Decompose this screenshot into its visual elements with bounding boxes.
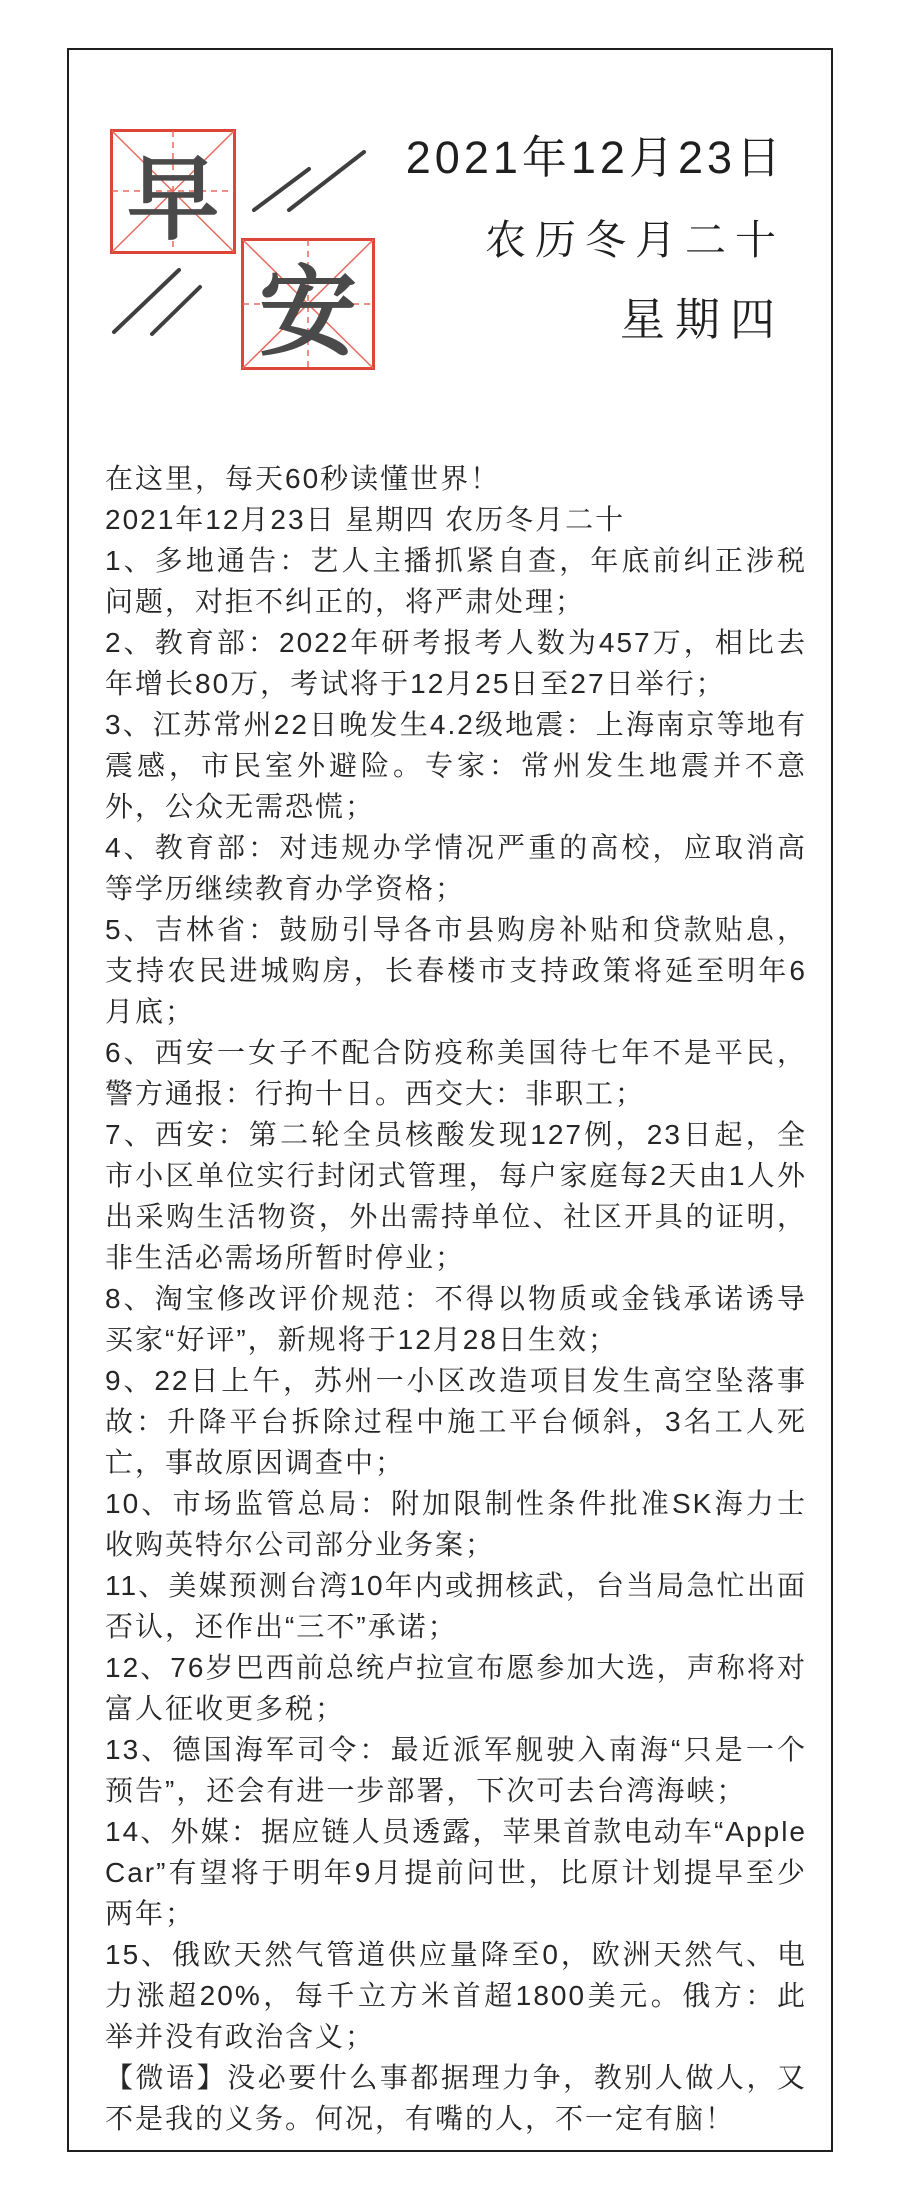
news-item: 15、俄欧天然气管道供应量降至0，欧洲天然气、电力涨超20%，每千立方米首超18… bbox=[105, 1934, 807, 2057]
news-item: 4、教育部：对违规办学情况严重的高校，应取消高等学历继续教育办学资格； bbox=[105, 827, 807, 909]
news-item: 5、吉林省：鼓励引导各市县购房补贴和贷款贴息，支持农民进城购房，长春楼市支持政策… bbox=[105, 909, 807, 1032]
news-item: 2、教育部：2022年研考报考人数为457万，相比去年增长80万，考试将于12月… bbox=[105, 622, 807, 704]
weiyu-line: 【微语】没必要什么事都据理力争，教别人做人，又不是我的义务。何况，有嘴的人，不一… bbox=[105, 2057, 807, 2139]
news-item: 11、美媒预测台湾10年内或拥核武，台当局急忙出面否认，还作出“三不”承诺； bbox=[105, 1565, 807, 1647]
news-body: 在这里，每天60秒读懂世界！ 2021年12月23日 星期四 农历冬月二十 1、… bbox=[105, 458, 807, 2139]
news-item: 14、外媒：据应链人员透露，苹果首款电动车“Apple Car”有望将于明年9月… bbox=[105, 1811, 807, 1934]
lunar-date-line: 农历冬月二十 bbox=[406, 217, 785, 263]
news-item: 12、76岁巴西前总统卢拉宣布愿参加大选，声称将对富人征收更多税； bbox=[105, 1647, 807, 1729]
news-list: 1、多地通告：艺人主播抓紧自查，年底前纠正涉税问题，对拒不纠正的，将严肃处理；2… bbox=[105, 540, 807, 2057]
news-item: 9、22日上午，苏州一小区改造项目发生高空坠落事故：升降平台拆除过程中施工平台倾… bbox=[105, 1360, 807, 1483]
news-item: 7、西安：第二轮全员核酸发现127例，23日起，全市小区单位实行封闭式管理，每户… bbox=[105, 1114, 807, 1278]
news-item: 3、江苏常州22日晚发生4.2级地震：上海南京等地有震感，市民室外避险。专家：常… bbox=[105, 704, 807, 827]
news-item: 1、多地通告：艺人主播抓紧自查，年底前纠正涉税问题，对拒不纠正的，将严肃处理； bbox=[105, 540, 807, 622]
date-block: 2021年12月23日 农历冬月二十 星期四 bbox=[406, 132, 785, 345]
news-item: 6、西安一女子不配合防疫称美国待七年不是平民，警方通报：行拘十日。西交大：非职工… bbox=[105, 1032, 807, 1114]
news-item: 10、市场监管总局：附加限制性条件批准SK海力士收购英特尔公司部分业务案； bbox=[105, 1483, 807, 1565]
news-item: 13、德国海军司令：最近派军舰驶入南海“只是一个预告”，还会有进一步部署，下次可… bbox=[105, 1729, 807, 1811]
intro-line: 在这里，每天60秒读懂世界！ bbox=[105, 458, 807, 499]
weekday-line: 星期四 bbox=[406, 295, 785, 345]
news-item: 8、淘宝修改评价规范：不得以物质或金钱承诺诱导买家“好评”，新规将于12月28日… bbox=[105, 1278, 807, 1360]
date-line: 2021年12月23日 bbox=[406, 132, 785, 184]
double-slash-icon bbox=[102, 142, 392, 352]
date-heading: 2021年12月23日 星期四 农历冬月二十 bbox=[105, 499, 807, 540]
